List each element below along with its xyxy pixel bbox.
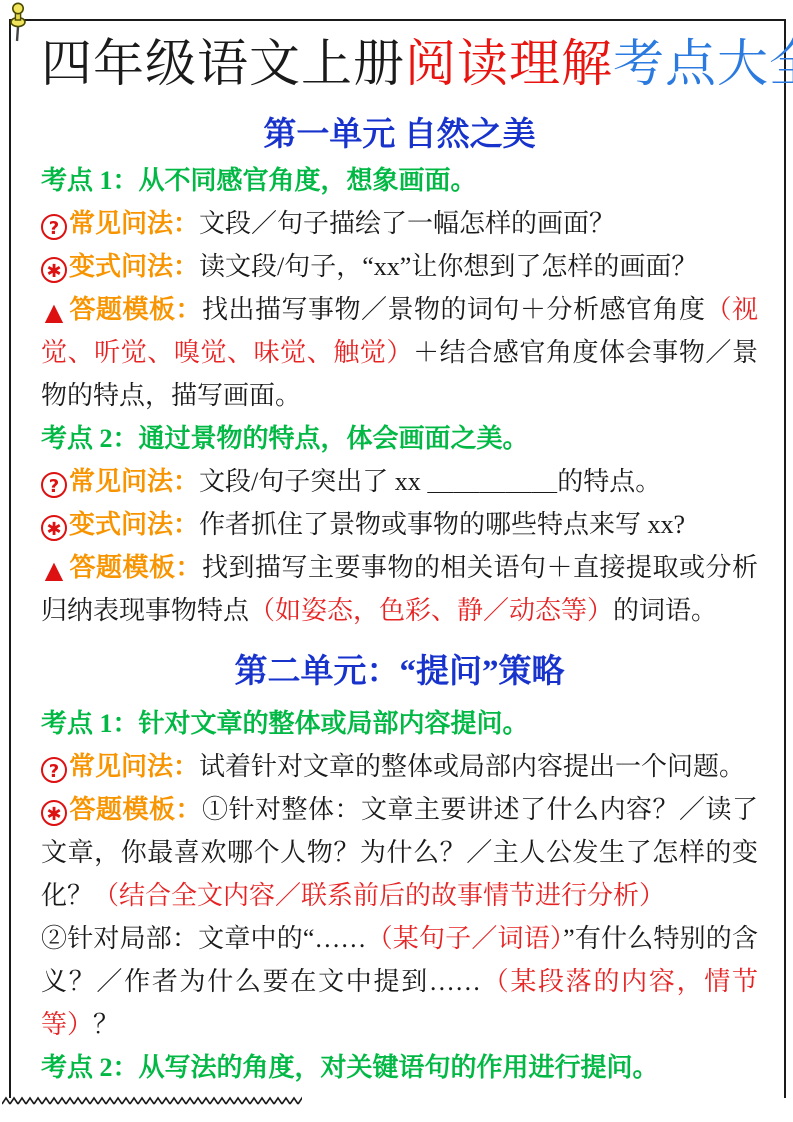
kaodian-2-heading: 考点 2：通过景物的特点，体会画面之美。 xyxy=(41,417,758,460)
torn-edge-zigzag xyxy=(2,1094,302,1106)
kaodian-text: 考点 2：从写法的角度，对关键语句的作用进行提问。 xyxy=(41,1053,659,1082)
answer-template-line: ✱答题模板：①针对整体：文章主要讲述了什么内容？／读了文章，你最喜欢哪个人物？为… xyxy=(41,788,758,1046)
kaodian-1-heading: 考点 1：从不同感官角度，想象画面。 xyxy=(41,159,758,202)
section-heading-unit1: 第一单元 自然之美 xyxy=(41,115,758,155)
kaodian-text: 考点 1：从不同感官角度，想象画面。 xyxy=(41,166,477,195)
variant-question-line: ✱变式问法：读文段/句子，“xx”让你想到了怎样的画面？ xyxy=(41,245,758,288)
answer-template-line: ▲答题模板：找到描写主要事物的相关语句＋直接提取或分析归纳表现事物特点（如姿态，… xyxy=(41,546,758,632)
document-content: 四年级语文上册阅读理解考点大全 第一单元 自然之美 考点 1：从不同感官角度，想… xyxy=(11,21,784,1089)
question-circle-icon: ? xyxy=(41,214,67,240)
pushpin-icon xyxy=(4,1,34,43)
question-circle-icon: ? xyxy=(41,472,67,498)
kaodian-text: 考点 2：通过景物的特点，体会画面之美。 xyxy=(41,424,529,453)
page-title: 四年级语文上册阅读理解考点大全 xyxy=(41,35,758,95)
kaodian-1-heading: 考点 1：针对文章的整体或局部内容提问。 xyxy=(41,702,758,745)
common-question-line: ?常见问法：试着针对文章的整体或局部内容提出一个问题。 xyxy=(41,745,758,788)
section-heading-unit2: 第二单元：“提问”策略 xyxy=(41,652,758,692)
common-question-line: ?常见问法：文段／句子描绘了一幅怎样的画面？ xyxy=(41,202,758,245)
kaodian-text: 考点 1：针对文章的整体或局部内容提问。 xyxy=(41,709,529,738)
line-text: 常见问法：文段／句子描绘了一幅怎样的画面？ xyxy=(69,209,615,238)
line-text: 变式问法：作者抓住了景物或事物的哪些特点来写 xx? xyxy=(69,510,685,539)
common-question-line: ?常见问法：文段/句子突出了 xx ＿＿＿＿＿的特点。 xyxy=(41,460,758,503)
line-text: 常见问法：试着针对文章的整体或局部内容提出一个问题。 xyxy=(69,752,745,781)
answer-template-line: ▲答题模板：找出描写事物／景物的词句＋分析感官角度（视觉、听觉、嗅觉、味觉、触觉… xyxy=(41,288,758,417)
line-text: 答题模板：①针对整体：文章主要讲述了什么内容？／读了文章，你最喜欢哪个人物？为什… xyxy=(41,795,758,1039)
triangle-icon: ▲ xyxy=(41,557,67,583)
line-text: 答题模板：找出描写事物／景物的词句＋分析感官角度（视觉、听觉、嗅觉、味觉、触觉）… xyxy=(41,295,758,410)
line-text: 变式问法：读文段/句子，“xx”让你想到了怎样的画面？ xyxy=(69,252,697,281)
line-text: 答题模板：找到描写主要事物的相关语句＋直接提取或分析归纳表现事物特点（如姿态，色… xyxy=(41,553,758,625)
triangle-icon: ▲ xyxy=(41,299,67,325)
asterisk-circle-icon: ✱ xyxy=(41,257,67,283)
asterisk-circle-icon: ✱ xyxy=(41,515,67,541)
question-circle-icon: ? xyxy=(41,757,67,783)
note-sheet: 四年级语文上册阅读理解考点大全 第一单元 自然之美 考点 1：从不同感官角度，想… xyxy=(9,19,786,1098)
line-text: 常见问法：文段/句子突出了 xx ＿＿＿＿＿的特点。 xyxy=(69,467,661,496)
asterisk-circle-icon: ✱ xyxy=(41,800,67,826)
kaodian-2-heading: 考点 2：从写法的角度，对关键语句的作用进行提问。 xyxy=(41,1046,758,1089)
variant-question-line: ✱变式问法：作者抓住了景物或事物的哪些特点来写 xx? xyxy=(41,503,758,546)
